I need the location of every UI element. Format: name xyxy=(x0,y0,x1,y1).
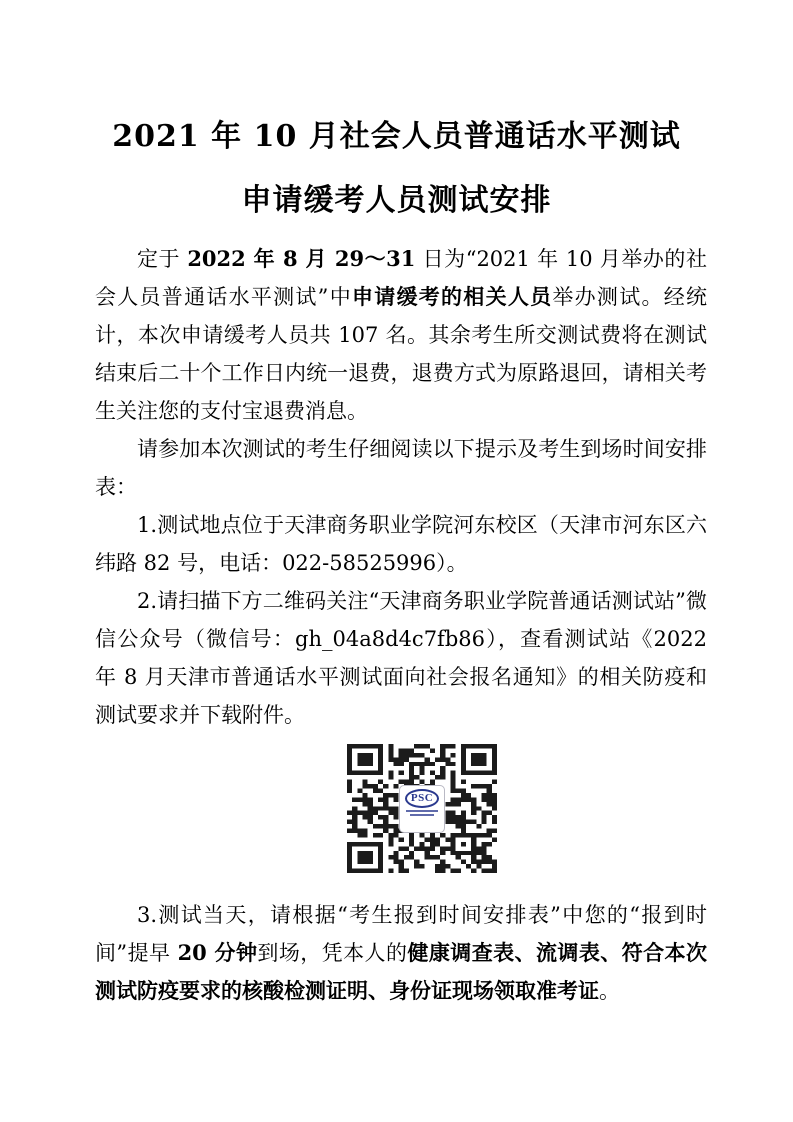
text-segment: 到场，凭本人的 xyxy=(257,941,407,965)
bold-text-segment: 2022 年 8 月 29～31 xyxy=(187,246,415,271)
wechat-qr-code: PSC xyxy=(347,744,497,873)
psc-logo-caption-line xyxy=(406,810,438,812)
psc-logo: PSC xyxy=(399,785,445,833)
text-segment: 2.请扫描下方二维码关注“天津商务职业学院普通话测试站”微信公众号（微信号：gh… xyxy=(95,589,707,727)
document-title-line-2: 申请缓考人员测试安排 xyxy=(0,182,793,220)
paragraph-read-notice: 请参加本次测试的考生仔细阅读以下提示及考生到场时间安排表： xyxy=(95,430,707,506)
text-segment: 1.测试地点位于天津商务职业学院河东校区（天津市河东区六纬路 82 号，电话：0… xyxy=(95,513,707,575)
psc-logo-caption-line xyxy=(410,814,434,816)
text-segment: 。 xyxy=(599,979,620,1003)
psc-logo-oval: PSC xyxy=(405,789,439,808)
text-segment: 请参加本次测试的考生仔细阅读以下提示及考生到场时间安排表： xyxy=(95,437,707,499)
document-title-line-1: 2021 年 10 月社会人员普通话水平测试 xyxy=(0,118,793,156)
paragraph-intro: 定于 2022 年 8 月 29～31 日为“2021 年 10 月举办的社会人… xyxy=(95,240,707,430)
document-page: 2021 年 10 月社会人员普通话水平测试 申请缓考人员测试安排 定于 202… xyxy=(0,0,793,1122)
bold-text-segment: 20 分钟 xyxy=(178,940,258,965)
paragraph-item-1-location: 1.测试地点位于天津商务职业学院河东校区（天津市河东区六纬路 82 号，电话：0… xyxy=(95,506,707,582)
document-body: 定于 2022 年 8 月 29～31 日为“2021 年 10 月举办的社会人… xyxy=(95,240,707,734)
paragraph-item-3-checkin: 3.测试当天，请根据“考生报到时间安排表”中您的“报到时间”提早 20 分钟到场… xyxy=(95,896,707,1010)
bold-text-segment: 申请缓考的相关人员 xyxy=(352,284,552,309)
text-segment: 定于 xyxy=(137,247,187,271)
paragraph-item-2-qr-follow: 2.请扫描下方二维码关注“天津商务职业学院普通话测试站”微信公众号（微信号：gh… xyxy=(95,582,707,734)
